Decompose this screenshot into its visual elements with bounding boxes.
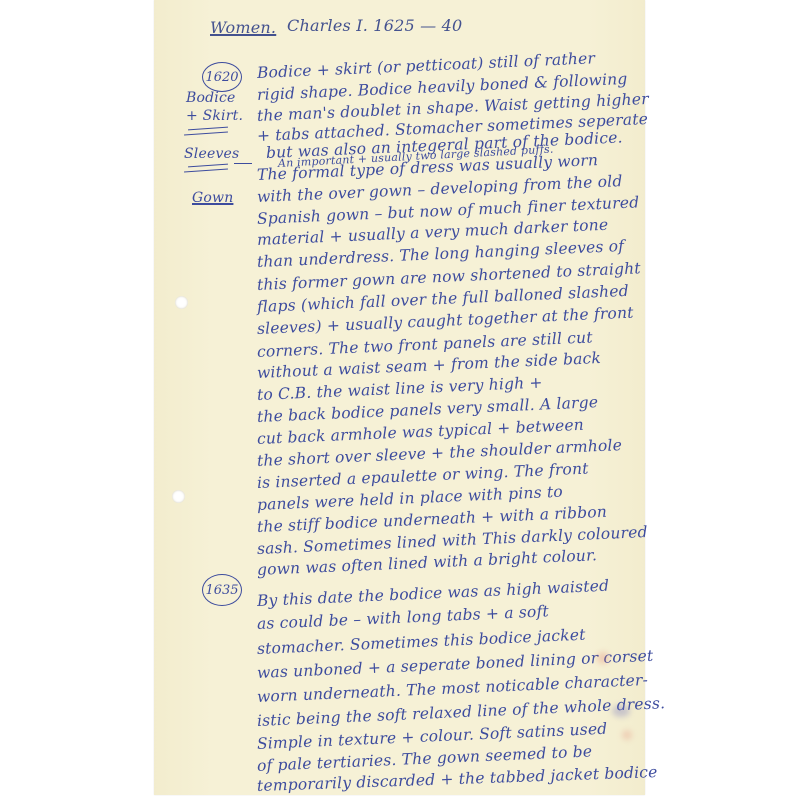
underline-rule (188, 127, 228, 131)
margin-note-bodice: Bodice (186, 90, 235, 106)
date-label: 1620 (205, 70, 238, 85)
margin-note-gown: Gown (192, 190, 233, 206)
text-line: By this date the bodice was as high wais… (257, 577, 610, 610)
ink-smudge (622, 730, 632, 740)
underline-rule (188, 164, 228, 168)
heading-subtitle: Charles I. 1625 — 40 (287, 16, 462, 35)
date-circle-1635: 1635 (202, 574, 242, 606)
underline-rule (184, 131, 228, 135)
margin-note-skirt: + Skirt. (186, 108, 243, 124)
date-circle-1620: 1620 (202, 62, 242, 92)
punch-hole-bottom (172, 490, 185, 503)
manuscript-page: Women. Charles I. 1625 — 40 1620 Bodice … (154, 0, 645, 795)
underline-rule (184, 168, 228, 172)
margin-note-sleeves: Sleeves (184, 146, 239, 162)
date-label: 1635 (205, 583, 238, 598)
ink-smudge (597, 652, 609, 664)
heading-title: Women. (210, 18, 276, 37)
ink-smudge (612, 705, 630, 717)
connector-dash (234, 163, 252, 164)
punch-hole-top (175, 296, 188, 309)
